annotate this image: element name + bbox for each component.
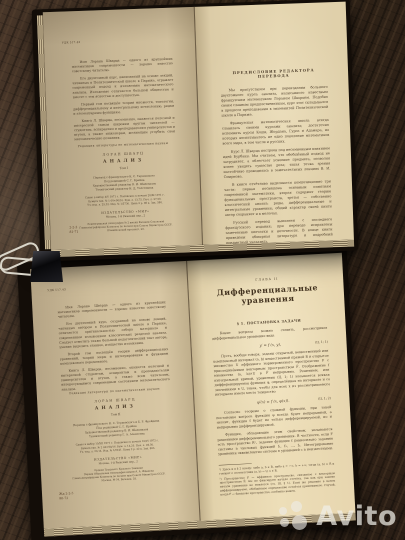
annotation-paragraph: Его двухтомный курс, созданный на основе… xyxy=(58,317,168,350)
annotation-paragraph: Имя Лорана Шварца — одного из крупнейших… xyxy=(57,300,166,319)
catalog-code-line: 80-72 xyxy=(59,496,74,501)
catalog-code: Жд 2-2-3 80-72 xyxy=(59,491,74,501)
catalog-code-line: 81-71 xyxy=(69,230,78,235)
annotation-paragraph: Книга Л. Шварца, несомненно, окажется по… xyxy=(74,116,176,142)
imprint-block: Редакция литературы по математическим на… xyxy=(60,141,188,234)
avito-watermark-text: Avito xyxy=(316,501,397,532)
footnote-rule xyxy=(218,463,251,465)
top-book-left-page: УДК 517.43 Имя Лорана Шварца — одного из… xyxy=(43,7,203,250)
binder-clip xyxy=(30,251,63,282)
bottom-book: УДК 517.43 Имя Лорана Шварца — одного из… xyxy=(17,246,361,540)
annotation-paragraph: Его двухтомный курс, написанный на основ… xyxy=(72,73,174,99)
print-data-lines: Сдано в набор 4/V 1971 г. Подписано к пе… xyxy=(62,193,187,209)
annotation-paragraph: Первый том посвящён теории множеств, топ… xyxy=(73,99,174,116)
avito-logo-dot xyxy=(280,518,289,527)
equation-2-label: (II, 1; 2) xyxy=(318,397,331,401)
printer-lines: Ленинградская типография № 2 имени Евген… xyxy=(63,219,188,234)
body-paragraph: Согласно теореме о сложной функции, при … xyxy=(215,405,331,430)
annotation-paragraph: Имя Лорана Шварца — одного из крупнейших… xyxy=(71,57,172,74)
annotation-block: Имя Лорана Шварца — одного из крупнейших… xyxy=(57,300,170,395)
footnotes-block: ¹) Здесь и в § 2 всюду: либо a, b ∈ R, л… xyxy=(218,462,335,497)
credits-lines: Перевод с французского К. С. Терновского… xyxy=(50,418,182,441)
equation-1-label: (II, 1; 1) xyxy=(315,340,328,344)
imprint-block: Редакция литературы по математическим на… xyxy=(49,386,185,485)
chapter-content: ГЛАВА II Дифференциальные уравнения § 1.… xyxy=(187,253,356,521)
bottom-book-left-page: УДК 517.43 Имя Лорана Шварца — одного из… xyxy=(30,261,200,529)
chapter-title: Дифференциальные уравнения xyxy=(209,282,325,307)
equation-1-formula: y′ = f (x, y), xyxy=(259,342,281,348)
body-paragraph: Функции, обладающие этим свойством, назы… xyxy=(217,427,334,457)
printer-lines: Ордена Трудового Красного Знамени Первая… xyxy=(53,464,185,485)
preface-paragraph: Французская математическая школа всегда … xyxy=(222,117,330,146)
bottom-book-right-page: ГЛАВА II Дифференциальные уравнения § 1.… xyxy=(187,253,356,521)
photo-of-two-open-books: УДК 517.43 Имя Лорана Шварца — одного из… xyxy=(0,0,405,540)
preface-paragraph: Мы присутствуем при переиздании большого… xyxy=(221,84,329,118)
chapter-block: ГЛАВА II Дифференциальные уравнения § 1.… xyxy=(209,275,336,499)
title-verso-content: УДК 517.43 Имя Лорана Шварца — одного из… xyxy=(43,7,202,250)
top-book-right-page: ПРЕДИСЛОВИЕ РЕДАКТОРА ПЕРЕВОДА Мы присут… xyxy=(195,2,354,245)
equation-2-formula: φ′(x) = f (x, φ(x)). xyxy=(256,398,289,404)
body-paragraph: Какие вопросы можно ставить, рассматрива… xyxy=(211,326,327,342)
body-paragraph: Пусть, вообще говоря, заданы открытый, в… xyxy=(212,349,330,398)
bottom-book-open-pages: УДК 517.43 Имя Лорана Шварца — одного из… xyxy=(30,253,355,529)
avito-logo-dot xyxy=(279,507,287,515)
title-verso-content: УДК 517.43 Имя Лорана Шварца — одного из… xyxy=(30,261,199,529)
credits-lines: Перевод с французского К. С. Терновского… xyxy=(62,173,187,194)
avito-logo-dot xyxy=(291,501,302,512)
annotation-block: Имя Лорана Шварца — одного из крупнейших… xyxy=(71,57,175,145)
preface-heading: ПРЕДИСЛОВИЕ РЕДАКТОРА ПЕРЕВОДА xyxy=(220,67,327,80)
udc-code: УДК 517.43 xyxy=(62,41,81,45)
annotation-paragraph: Второй том посвящён теории дифференциаль… xyxy=(60,347,169,366)
preface-paragraph: Русский перевод выполнен с последнего фр… xyxy=(225,217,333,245)
preface-block: ПРЕДИСЛОВИЕ РЕДАКТОРА ПЕРЕВОДА Мы присут… xyxy=(220,67,333,244)
avito-watermark: Avito xyxy=(278,501,397,532)
top-book: УДК 517.43 Имя Лорана Шварца — одного из… xyxy=(32,0,359,261)
footnote: ²) Пространство F — аффинное пространств… xyxy=(219,472,335,498)
preface-paragraph: В книге отчётливо выделяются композицион… xyxy=(224,179,332,218)
preface-content: ПРЕДИСЛОВИЕ РЕДАКТОРА ПЕРЕВОДА Мы присут… xyxy=(195,2,354,245)
catalog-code: 2-2-3 81-71 xyxy=(69,225,78,235)
udc-code: УДК 517.43 xyxy=(47,288,66,292)
avito-logo-icon xyxy=(278,501,309,532)
top-book-open-pages: УДК 517.43 Имя Лорана Шварца — одного из… xyxy=(43,2,354,250)
preface-paragraph: Курс Л. Шварца построен под несомненным … xyxy=(223,146,331,180)
avito-logo-dot xyxy=(292,515,307,530)
